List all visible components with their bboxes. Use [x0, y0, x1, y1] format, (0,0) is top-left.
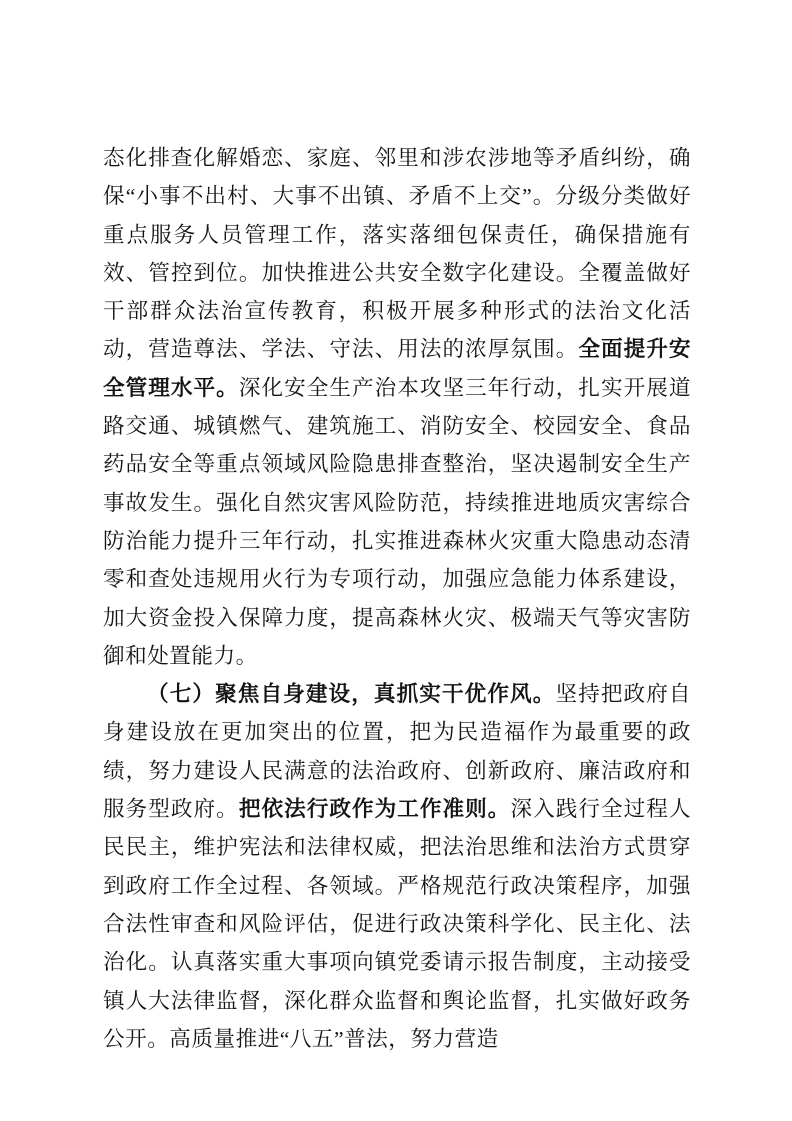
text-run-bold: （七）聚焦自身建设，真抓实干优作风。: [147, 682, 555, 706]
paragraph-public-safety: 态化排查化解婚恋、家庭、邻里和涉农涉地等矛盾纠纷，确保“小事不出村、大事不出镇、…: [103, 139, 691, 675]
document-page: 态化排查化解婚恋、家庭、邻里和涉农涉地等矛盾纠纷，确保“小事不出村、大事不出镇、…: [0, 0, 792, 1121]
paragraph-self-construction: （七）聚焦自身建设，真抓实干优作风。坚持把政府自身建设放在更加突出的位置，把为民…: [103, 675, 691, 1058]
text-run: 深入践行全过程人民民主，维护宪法和法律权威，把法治思维和法治方式贯穿到政府工作全…: [103, 797, 691, 1051]
text-run: 深化安全生产治本攻坚三年行动，扎实开展道路交通、城镇燃气、建筑施工、消防安全、校…: [103, 376, 691, 668]
text-run-bold: 把依法行政作为工作准则。: [239, 797, 511, 821]
document-body: 态化排查化解婚恋、家庭、邻里和涉农涉地等矛盾纠纷，确保“小事不出村、大事不出镇、…: [103, 139, 691, 1058]
text-run: 态化排查化解婚恋、家庭、邻里和涉农涉地等矛盾纠纷，确保“小事不出村、大事不出镇、…: [103, 146, 691, 361]
